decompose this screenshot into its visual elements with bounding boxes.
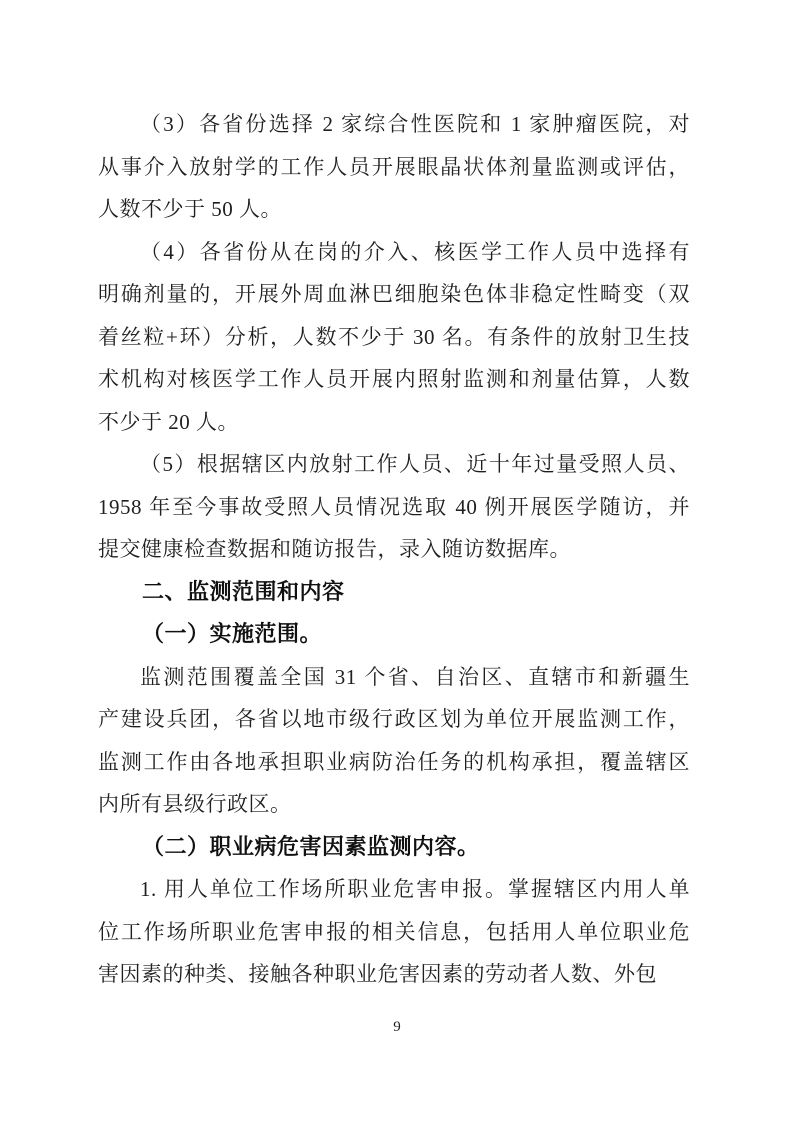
text-line: 监测工作由各地承担职业病防治任务的机构承担，覆盖辖区 <box>98 741 690 784</box>
text-line: 人数不少于 50 人。 <box>98 188 690 231</box>
text-line: 1958 年至今事故受照人员情况选取 40 例开展医学随访，并 <box>98 486 690 529</box>
section-heading: （二）职业病危害因素监测内容。 <box>98 826 690 869</box>
paragraph: （4）各省份从在岗的介入、核医学工作人员中选择有明确剂量的，开展外周血淋巴细胞染… <box>98 231 690 444</box>
paragraph: （3）各省份选择 2 家综合性医院和 1 家肿瘤医院，对从事介入放射学的工作人员… <box>98 103 690 231</box>
text-line: 1. 用人单位工作场所职业危害申报。掌握辖区内用人单 <box>98 868 690 911</box>
text-line: 产建设兵团，各省以地市级行政区划为单位开展监测工作， <box>98 698 690 741</box>
paragraph: 1. 用人单位工作场所职业危害申报。掌握辖区内用人单位工作场所职业危害申报的相关… <box>98 868 690 996</box>
text-line: （一）实施范围。 <box>98 613 690 656</box>
text-line: （二）职业病危害因素监测内容。 <box>98 826 690 869</box>
text-line: （4）各省份从在岗的介入、核医学工作人员中选择有 <box>98 231 690 274</box>
text-line: （5）根据辖区内放射工作人员、近十年过量受照人员、 <box>98 443 690 486</box>
text-line: 提交健康检查数据和随访报告，录入随访数据库。 <box>98 528 690 571</box>
text-line: 二、监测范围和内容 <box>98 571 690 614</box>
text-line: 着丝粒+环）分析，人数不少于 30 名。有条件的放射卫生技 <box>98 316 690 359</box>
text-line: 明确剂量的，开展外周血淋巴细胞染色体非稳定性畸变（双 <box>98 273 690 316</box>
paragraph: （5）根据辖区内放射工作人员、近十年过量受照人员、1958 年至今事故受照人员情… <box>98 443 690 571</box>
text-line: 不少于 20 人。 <box>98 401 690 444</box>
paragraph: 监测范围覆盖全国 31 个省、自治区、直辖市和新疆生产建设兵团，各省以地市级行政… <box>98 656 690 826</box>
section-heading: 二、监测范围和内容 <box>98 571 690 614</box>
document-body: （3）各省份选择 2 家综合性医院和 1 家肿瘤医院，对从事介入放射学的工作人员… <box>98 103 690 996</box>
section-heading: （一）实施范围。 <box>98 613 690 656</box>
text-line: 监测范围覆盖全国 31 个省、自治区、直辖市和新疆生 <box>98 656 690 699</box>
text-line: 从事介入放射学的工作人员开展眼晶状体剂量监测或评估， <box>98 146 690 189</box>
page-number: 9 <box>393 1019 401 1035</box>
text-line: 术机构对核医学工作人员开展内照射监测和剂量估算，人数 <box>98 358 690 401</box>
document-page: （3）各省份选择 2 家综合性医院和 1 家肿瘤医院，对从事介入放射学的工作人员… <box>0 0 794 1122</box>
text-line: 内所有县级行政区。 <box>98 783 690 826</box>
page-footer: 9 <box>0 1018 794 1036</box>
text-line: （3）各省份选择 2 家综合性医院和 1 家肿瘤医院，对 <box>98 103 690 146</box>
text-line: 害因素的种类、接触各种职业危害因素的劳动者人数、外包 <box>98 953 690 996</box>
text-line: 位工作场所职业危害申报的相关信息，包括用人单位职业危 <box>98 911 690 954</box>
